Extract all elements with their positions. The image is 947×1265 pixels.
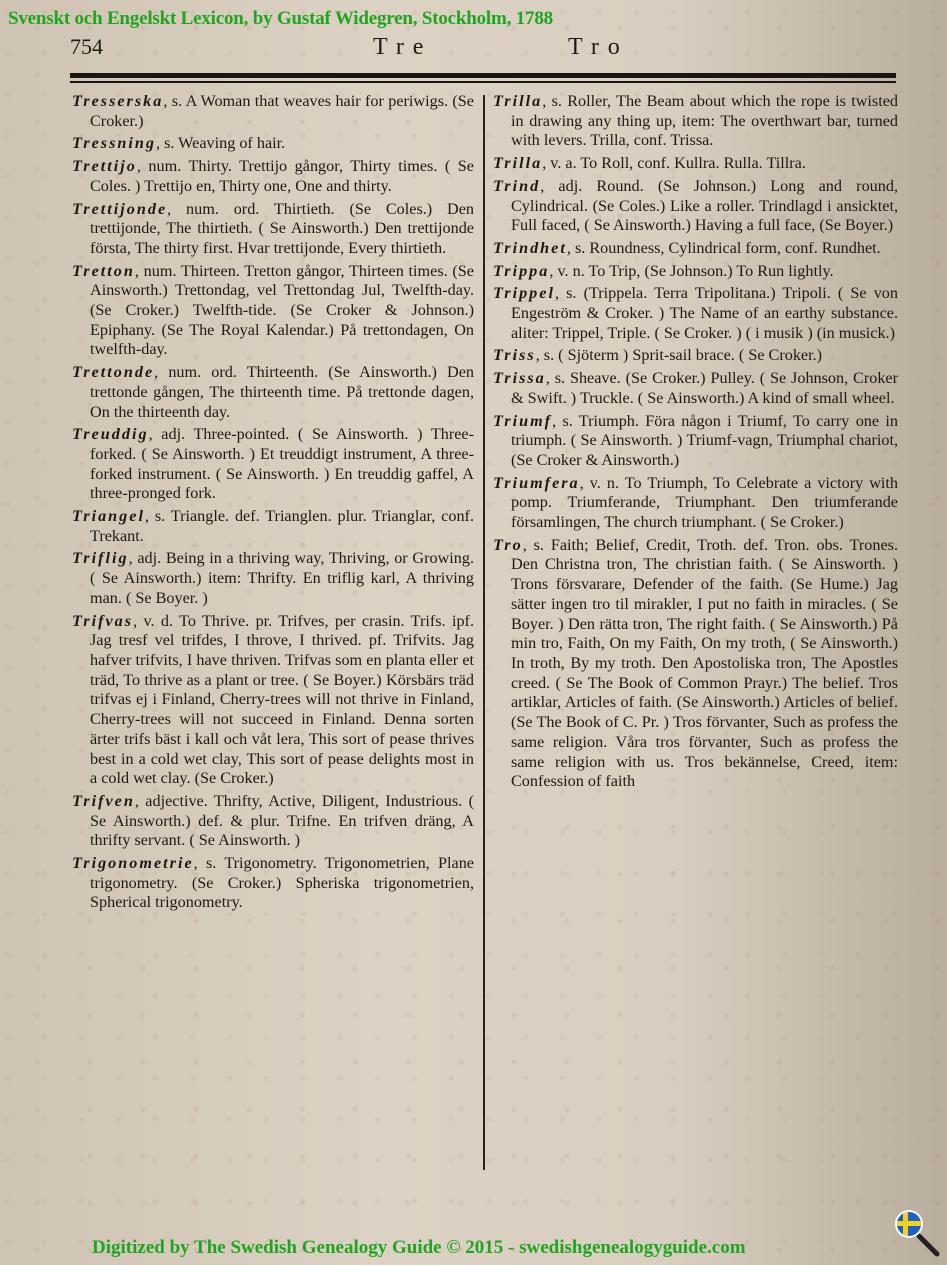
headword: Trettijonde [72, 200, 167, 218]
headword: Tressning [72, 134, 156, 152]
definition: , num. Thirteen. Tretton gångor, Thirtee… [90, 262, 474, 359]
headword: Tretton [72, 262, 135, 280]
headword: Triumf [493, 412, 552, 430]
definition: , s. ( Sjöterm ) Sprit-sail brace. ( Se … [536, 346, 822, 364]
definition: , s. Faith; Belief, Credit, Troth. def. … [511, 536, 898, 790]
dictionary-entry: Trifven, adjective. Thrifty, Active, Dil… [72, 792, 474, 851]
dictionary-entry: Trettijonde, num. ord. Thirtieth. (Se Co… [72, 200, 474, 259]
right-column: Trilla, s. Roller, The Beam about which … [493, 92, 898, 795]
dictionary-entry: Trindhet, s. Roundness, Cylindrical form… [493, 239, 898, 259]
headword: Triumfera [493, 474, 580, 492]
definition: , s. Triumph. Föra någon i Triumf, To ca… [511, 412, 898, 469]
definition: , v. a. To Roll, conf. Kullra. Rulla. Ti… [542, 154, 806, 172]
headword: Trilla [493, 92, 542, 110]
dictionary-entry: Trettonde, num. ord. Thirteenth. (Se Ain… [72, 363, 474, 422]
definition: , v. d. To Thrive. pr. Trifves, per cras… [90, 612, 474, 788]
dictionary-entry: Triumfera, v. n. To Triumph, To Celebrat… [493, 474, 898, 533]
headword: Trippel [493, 284, 555, 302]
headword: Trindhet [493, 239, 567, 257]
definition: , adjective. Thrifty, Active, Diligent, … [90, 792, 474, 849]
dictionary-entry: Triss, s. ( Sjöterm ) Sprit-sail brace. … [493, 346, 898, 366]
dictionary-entry: Triflig, adj. Being in a thriving way, T… [72, 549, 474, 608]
definition: , s. (Trippela. Terra Tripolitana.) Trip… [511, 284, 898, 341]
definition: , adj. Being in a thriving way, Thriving… [90, 549, 474, 606]
digitization-banner: Svenskt och Engelskt Lexicon, by Gustaf … [8, 8, 553, 30]
swedish-flag-magnifier-icon[interactable] [893, 1208, 943, 1258]
dictionary-entry: Trissa, s. Sheave. (Se Croker.) Pulley. … [493, 369, 898, 408]
headword: Tresserska [72, 92, 163, 110]
digitization-credit: Digitized by The Swedish Genealogy Guide… [92, 1237, 746, 1259]
dictionary-entry: Trilla, v. a. To Roll, conf. Kullra. Rul… [493, 154, 898, 174]
headword: Trissa [493, 369, 546, 387]
headword: Trifven [72, 792, 135, 810]
page-number: 754 [70, 34, 103, 60]
headword: Triangel [72, 507, 145, 525]
headword: Treuddig [72, 425, 149, 443]
header-rule-thin [70, 81, 896, 83]
dictionary-entry: Tretton, num. Thirteen. Tretton gångor, … [72, 262, 474, 361]
definition: , s. Roundness, Cylindrical form, conf. … [567, 239, 881, 257]
dictionary-entry: Triumf, s. Triumph. Föra någon i Triumf,… [493, 412, 898, 471]
dictionary-entry: Treuddig, adj. Three-pointed. ( Se Ainsw… [72, 425, 474, 504]
dictionary-entry: Trigonometrie, s. Trigonometry. Trigonom… [72, 854, 474, 913]
dictionary-entry: Trettijo, num. Thirty. Trettijo gångor, … [72, 157, 474, 196]
header-rule-thick [70, 73, 896, 78]
definition: , adj. Round. (Se Johnson.) Long and rou… [511, 177, 898, 234]
dictionary-entry: Tressning, s. Weaving of hair. [72, 134, 474, 154]
definition: , s. Sheave. (Se Croker.) Pulley. ( Se J… [511, 369, 898, 407]
dictionary-entry: Tresserska, s. A Woman that weaves hair … [72, 92, 474, 131]
dictionary-entry: Trind, adj. Round. (Se Johnson.) Long an… [493, 177, 898, 236]
headword: Triss [493, 346, 536, 364]
definition: , v. n. To Trip, (Se Johnson.) To Run li… [549, 262, 833, 280]
dictionary-entry: Triangel, s. Triangle. def. Trianglen. p… [72, 507, 474, 546]
headword: Trind [493, 177, 540, 195]
guide-word-right: Tro [568, 34, 629, 61]
headword: Tro [493, 536, 523, 554]
dictionary-entry: Trifvas, v. d. To Thrive. pr. Trifves, p… [72, 612, 474, 789]
headword: Trigonometrie [72, 854, 194, 872]
definition: , s. Triangle. def. Trianglen. plur. Tri… [90, 507, 474, 545]
column-divider [483, 95, 485, 1170]
running-head: 754 Tre Tro [68, 34, 898, 64]
headword: Trifvas [72, 612, 133, 630]
headword: Trettonde [72, 363, 154, 381]
dictionary-entry: Trippel, s. (Trippela. Terra Tripolitana… [493, 284, 898, 343]
dictionary-entry: Tro, s. Faith; Belief, Credit, Troth. de… [493, 536, 898, 792]
definition: , num. Thirty. Trettijo gångor, Thirty t… [90, 157, 474, 195]
headword: Trettijo [72, 157, 137, 175]
definition: , s. Weaving of hair. [156, 134, 285, 152]
headword: Trippa [493, 262, 549, 280]
dictionary-entry: Trilla, s. Roller, The Beam about which … [493, 92, 898, 151]
guide-word-left: Tre [373, 34, 432, 61]
left-column: Tresserska, s. A Woman that weaves hair … [72, 92, 474, 916]
headword: Triflig [72, 549, 129, 567]
definition: , adj. Three-pointed. ( Se Ainsworth. ) … [90, 425, 474, 502]
headword: Trilla [493, 154, 542, 172]
dictionary-entry: Trippa, v. n. To Trip, (Se Johnson.) To … [493, 262, 898, 282]
definition: , s. Roller, The Beam about which the ro… [511, 92, 898, 149]
